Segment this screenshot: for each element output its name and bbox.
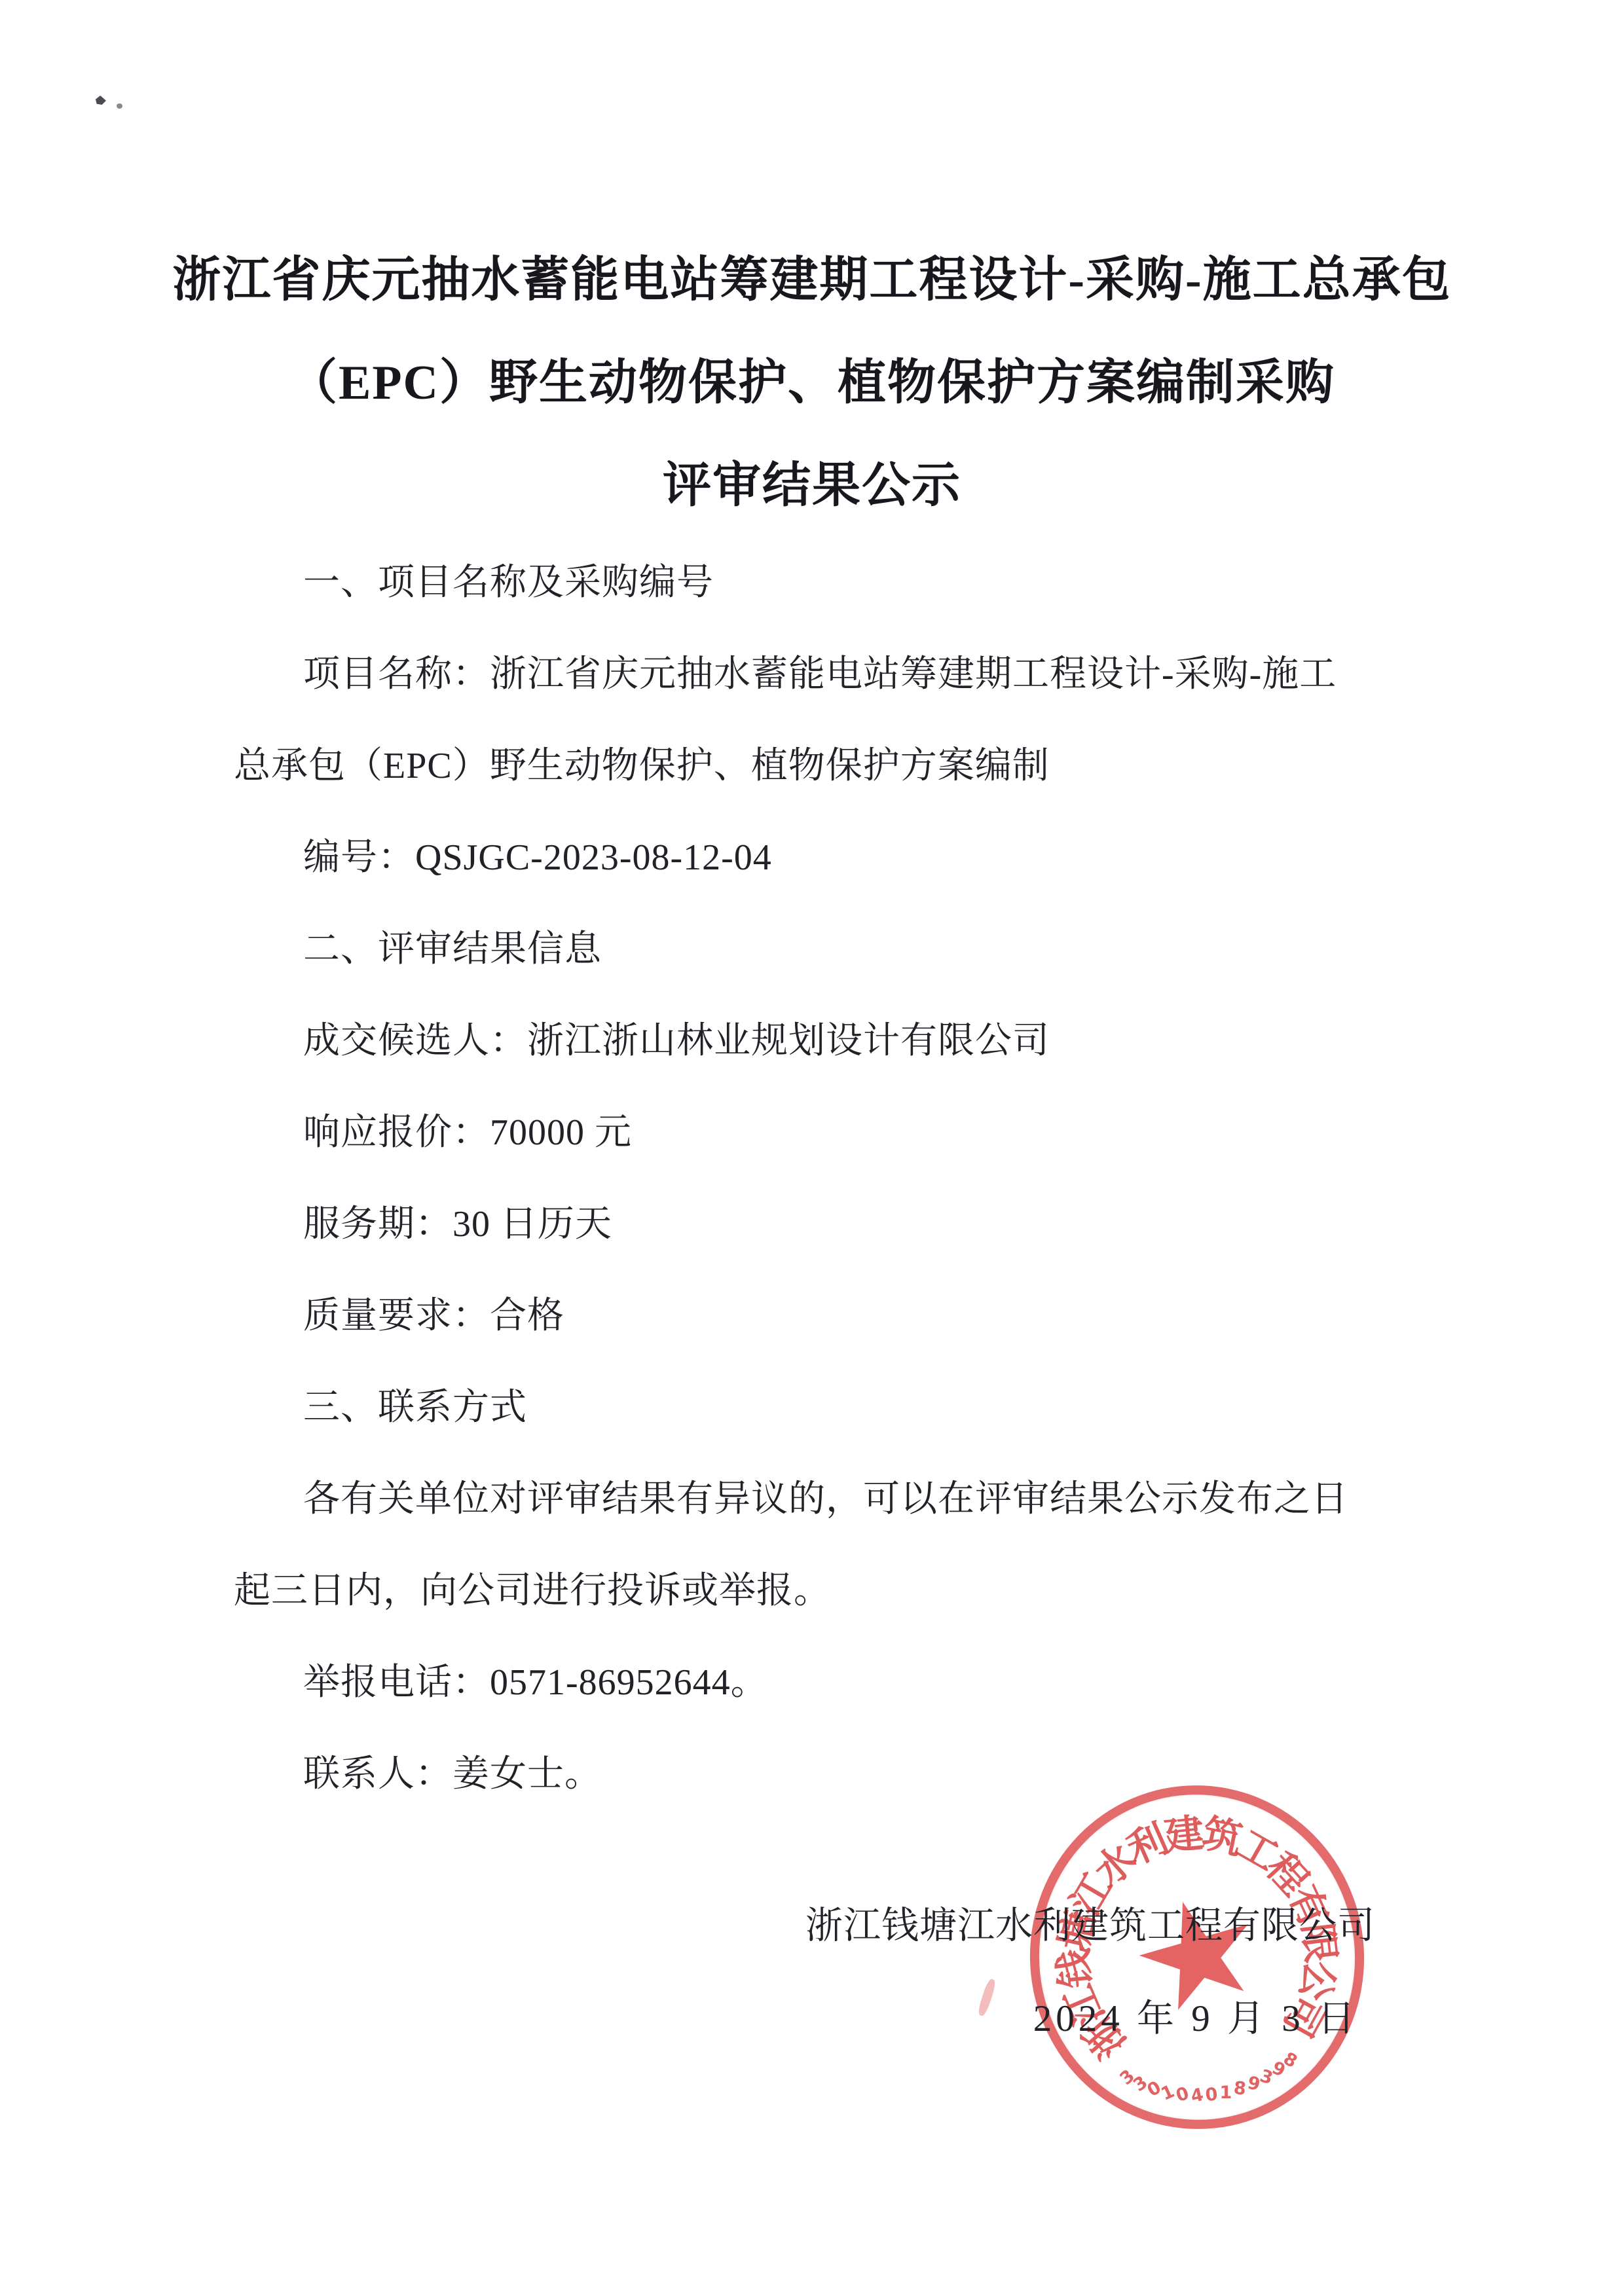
body-line: 编号：QSJGC-2023-08-12-04 (234, 812, 1392, 903)
seal-ink-smudge (976, 1978, 997, 2016)
title-line: （EPC）野生动物保护、植物保护方案编制采购 (92, 332, 1532, 435)
seal-serial-digit: 0 (1204, 2084, 1219, 2105)
scan-speck (96, 96, 106, 105)
seal-serial-digit: 8 (1232, 2078, 1247, 2100)
document-body: 一、项目名称及采购编号项目名称：浙江省庆元抽水蓄能电站筹建期工程设计-采购-施工… (234, 537, 1392, 1820)
body-line: 服务期：30 日历天 (234, 1178, 1392, 1270)
body-line: 质量要求：合格 (234, 1270, 1392, 1362)
body-line: 响应报价：70000 元 (234, 1087, 1392, 1178)
seal-serial-digit: 1 (1220, 2083, 1232, 2103)
title-line: 评审结果公示 (92, 435, 1532, 538)
body-line: 各有关单位对评审结果有异议的，可以在评审结果公示发布之日 (234, 1453, 1392, 1545)
document-page: 浙江省庆元抽水蓄能电站筹建期工程设计-采购-施工总承包（EPC）野生动物保护、植… (0, 0, 1624, 2296)
body-line: 二、评审结果信息 (234, 903, 1392, 995)
body-line: 成交候选人：浙江浙山林业规划设计有限公司 (234, 995, 1392, 1087)
body-line: 总承包（EPC）野生动物保护、植物保护方案编制 (234, 720, 1392, 812)
document-title: 浙江省庆元抽水蓄能电站筹建期工程设计-采购-施工总承包（EPC）野生动物保护、植… (92, 229, 1532, 538)
body-line: 举报电话：0571-86952644。 (234, 1637, 1392, 1728)
title-line: 浙江省庆元抽水蓄能电站筹建期工程设计-采购-施工总承包 (92, 229, 1532, 332)
body-line: 一、项目名称及采购编号 (234, 537, 1392, 629)
signature-company: 浙江钱塘江水利建筑工程有限公司 (805, 1900, 1375, 1952)
company-seal: 浙江钱塘江水利建筑工程有限公司3301040189398 (1013, 1769, 1381, 2145)
body-line: 三、联系方式 (234, 1362, 1392, 1453)
signature-date: 2024 年 9 月 3 日 (1033, 1995, 1359, 2043)
scan-speck (117, 103, 122, 109)
body-line: 起三日内，向公司进行投诉或举报。 (234, 1545, 1392, 1637)
body-line: 项目名称：浙江省庆元抽水蓄能电站筹建期工程设计-采购-施工 (234, 629, 1392, 720)
